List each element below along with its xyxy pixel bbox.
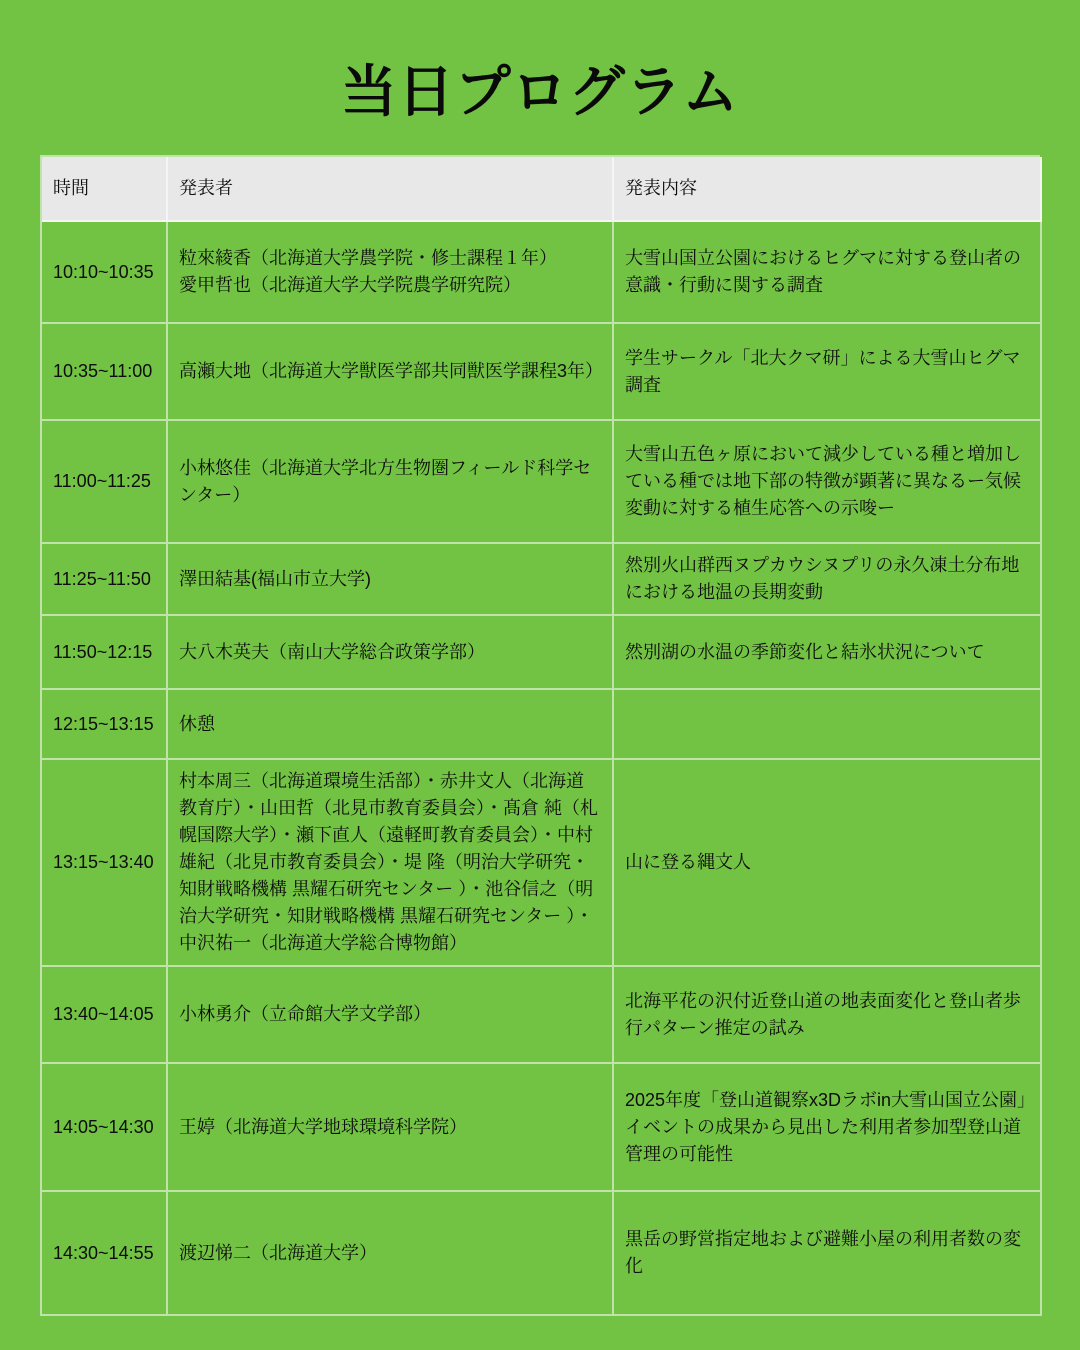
presenter-cell-text: 大八木英夫（南山大学総合政策学部） — [179, 639, 485, 666]
presenter-cell-text: 澤田結基(福山市立大学) — [179, 566, 371, 593]
time-cell: 11:25~11:50 — [42, 544, 168, 616]
time-cell: 14:05~14:30 — [42, 1064, 168, 1192]
content-cell-text: 北海平花の沢付近登山道の地表面変化と登山者歩行パターン推定の試み — [625, 988, 1029, 1042]
content-cell: 然別火山群西ヌプカウシヌプリの永久凍土分布地における地温の長期変動 — [614, 544, 1042, 616]
time-cell: 13:15~13:40 — [42, 760, 168, 967]
presenter-cell: 粒來綾香（北海道大学農学院・修士課程１年） 愛甲哲也（北海道大学大学院農学研究院… — [168, 222, 614, 324]
content-cell: 学生サークル「北大クマ研」による大雪山ヒグマ調査 — [614, 324, 1042, 421]
content-cell-text: 大雪山国立公園におけるヒグマに対する登山者の意識・行動に関する調査 — [625, 245, 1029, 299]
content-cell-text: 然別湖の水温の季節変化と結氷状況について — [625, 639, 985, 666]
time-cell: 10:35~11:00 — [42, 324, 168, 421]
presenter-cell: 渡辺悌二（北海道大学） — [168, 1192, 614, 1316]
time-cell: 14:30~14:55 — [42, 1192, 168, 1316]
content-cell-text: 大雪山五色ヶ原において減少している種と増加している種では地下部の特徴が顕著に異な… — [625, 441, 1029, 522]
table-row: 13:15~13:40村本周三（北海道環境生活部）・赤井文人（北海道教育庁）・山… — [42, 760, 1040, 967]
table-body: 10:10~10:35粒來綾香（北海道大学農学院・修士課程１年） 愛甲哲也（北海… — [42, 222, 1040, 1316]
content-cell-text: 2025年度「登山道観察x3Dラボin大雪山国立公園」イベントの成果から見出した… — [625, 1087, 1029, 1168]
content-cell: 山に登る縄文人 — [614, 760, 1042, 967]
time-cell-text: 10:10~10:35 — [53, 259, 154, 286]
presenter-cell: 大八木英夫（南山大学総合政策学部） — [168, 616, 614, 690]
program-table: 時間 発表者 発表内容 10:10~10:35粒來綾香（北海道大学農学院・修士課… — [40, 155, 1040, 1316]
content-cell-text: 学生サークル「北大クマ研」による大雪山ヒグマ調査 — [625, 345, 1029, 399]
table-row: 11:25~11:50澤田結基(福山市立大学)然別火山群西ヌプカウシヌプリの永久… — [42, 544, 1040, 616]
content-cell-text: 山に登る縄文人 — [625, 849, 751, 876]
header-label-content: 発表内容 — [625, 175, 697, 202]
page-title: 当日プログラム — [0, 58, 1080, 125]
time-cell: 12:15~13:15 — [42, 690, 168, 760]
content-cell — [614, 690, 1042, 760]
header-cell-content: 発表内容 — [614, 157, 1042, 222]
table-row: 14:30~14:55渡辺悌二（北海道大学）黒岳の野営指定地および避難小屋の利用… — [42, 1192, 1040, 1316]
presenter-cell: 澤田結基(福山市立大学) — [168, 544, 614, 616]
presenter-cell: 村本周三（北海道環境生活部）・赤井文人（北海道教育庁）・山田哲（北見市教育委員会… — [168, 760, 614, 967]
table-row: 10:35~11:00高瀬大地（北海道大学獣医学部共同獣医学課程3年）学生サーク… — [42, 324, 1040, 421]
time-cell: 10:10~10:35 — [42, 222, 168, 324]
time-cell-text: 11:25~11:50 — [53, 566, 151, 593]
content-cell: 北海平花の沢付近登山道の地表面変化と登山者歩行パターン推定の試み — [614, 967, 1042, 1064]
table-row: 11:50~12:15大八木英夫（南山大学総合政策学部）然別湖の水温の季節変化と… — [42, 616, 1040, 690]
time-cell: 11:00~11:25 — [42, 421, 168, 544]
table-row: 14:05~14:30王婷（北海道大学地球環境科学院）2025年度「登山道観察x… — [42, 1064, 1040, 1192]
time-cell: 13:40~14:05 — [42, 967, 168, 1064]
presenter-cell-text: 小林悠佳（北海道大学北方生物圏フィールド科学センター） — [179, 455, 601, 509]
content-cell-text: 黒岳の野営指定地および避難小屋の利用者数の変化 — [625, 1226, 1029, 1280]
content-cell: 2025年度「登山道観察x3Dラボin大雪山国立公園」イベントの成果から見出した… — [614, 1064, 1042, 1192]
presenter-cell-text: 休憩 — [179, 711, 215, 738]
presenter-cell-text: 高瀬大地（北海道大学獣医学部共同獣医学課程3年） — [179, 358, 601, 385]
time-cell: 11:50~12:15 — [42, 616, 168, 690]
content-cell: 大雪山五色ヶ原において減少している種と増加している種では地下部の特徴が顕著に異な… — [614, 421, 1042, 544]
table-row: 11:00~11:25小林悠佳（北海道大学北方生物圏フィールド科学センター）大雪… — [42, 421, 1040, 544]
header-label-time: 時間 — [53, 175, 89, 202]
presenter-cell-text: 粒來綾香（北海道大学農学院・修士課程１年） 愛甲哲也（北海道大学大学院農学研究院… — [179, 245, 557, 299]
time-cell-text: 12:15~13:15 — [53, 711, 154, 738]
time-cell-text: 13:40~14:05 — [53, 1001, 154, 1028]
presenter-cell-text: 渡辺悌二（北海道大学） — [179, 1240, 377, 1267]
table-row: 10:10~10:35粒來綾香（北海道大学農学院・修士課程１年） 愛甲哲也（北海… — [42, 222, 1040, 324]
time-cell-text: 14:05~14:30 — [53, 1114, 154, 1141]
table-header-row: 時間 発表者 発表内容 — [42, 157, 1040, 222]
content-cell: 然別湖の水温の季節変化と結氷状況について — [614, 616, 1042, 690]
presenter-cell-text: 小林勇介（立命館大学文学部） — [179, 1001, 431, 1028]
presenter-cell-text: 村本周三（北海道環境生活部）・赤井文人（北海道教育庁）・山田哲（北見市教育委員会… — [179, 768, 601, 957]
time-cell-text: 14:30~14:55 — [53, 1240, 154, 1267]
time-cell-text: 10:35~11:00 — [53, 358, 152, 385]
presenter-cell: 小林悠佳（北海道大学北方生物圏フィールド科学センター） — [168, 421, 614, 544]
presenter-cell: 小林勇介（立命館大学文学部） — [168, 967, 614, 1064]
time-cell-text: 11:00~11:25 — [53, 468, 151, 495]
table-row: 12:15~13:15休憩 — [42, 690, 1040, 760]
content-cell: 黒岳の野営指定地および避難小屋の利用者数の変化 — [614, 1192, 1042, 1316]
presenter-cell: 高瀬大地（北海道大学獣医学部共同獣医学課程3年） — [168, 324, 614, 421]
time-cell-text: 11:50~12:15 — [53, 639, 152, 666]
presenter-cell: 休憩 — [168, 690, 614, 760]
header-cell-time: 時間 — [42, 157, 168, 222]
content-cell-text: 然別火山群西ヌプカウシヌプリの永久凍土分布地における地温の長期変動 — [625, 552, 1029, 606]
table-row: 13:40~14:05小林勇介（立命館大学文学部）北海平花の沢付近登山道の地表面… — [42, 967, 1040, 1064]
header-label-presenter: 発表者 — [179, 175, 233, 202]
time-cell-text: 13:15~13:40 — [53, 849, 154, 876]
presenter-cell-text: 王婷（北海道大学地球環境科学院） — [179, 1114, 467, 1141]
presenter-cell: 王婷（北海道大学地球環境科学院） — [168, 1064, 614, 1192]
header-cell-presenter: 発表者 — [168, 157, 614, 222]
content-cell: 大雪山国立公園におけるヒグマに対する登山者の意識・行動に関する調査 — [614, 222, 1042, 324]
